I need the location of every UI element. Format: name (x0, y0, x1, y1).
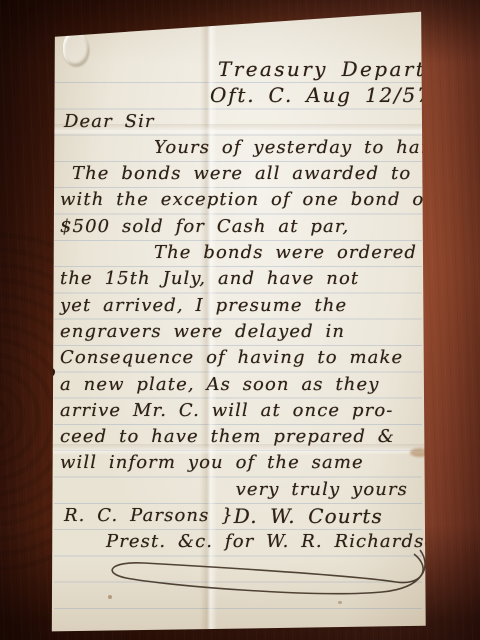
letter-line: yet arrived, I presume the (52, 293, 426, 319)
letter-line: $500 sold for Cash at par, (52, 214, 426, 240)
letter-line: The bonds were ordered on (52, 240, 426, 266)
letter-line: The bonds were all awarded to you (52, 161, 426, 187)
signature-flourish (100, 544, 434, 606)
letter-line: will inform you of the same (52, 450, 426, 476)
letter-line: very truly yours (52, 477, 426, 503)
letter-line: a new plate, As soon as they (52, 372, 426, 398)
letter-line: the 15th July, and have not (52, 266, 426, 292)
signature-name: D. W. Courts (234, 503, 383, 529)
letter-line: arrive Mr. C. will at once pro- (52, 398, 426, 424)
letter-lines: Treasury DepartOft. C. Aug 12/57Dear Sir… (52, 56, 426, 556)
letter-line: Dear Sir (52, 109, 426, 135)
letter-line: Consequence of having to make (52, 345, 426, 371)
letter-line: Treasury Depart (52, 56, 426, 82)
letter-line: with the exception of one bond of (52, 187, 426, 213)
letter-line: R. C. Parsons }D. W. Courts (52, 503, 426, 529)
letter-line: Oft. C. Aug 12/57 (52, 82, 426, 108)
photo-scene: Treasury DepartOft. C. Aug 12/57Dear Sir… (0, 0, 480, 640)
addressee-name: R. C. Parsons } (64, 503, 234, 529)
letter-line: ceed to have them prepared & (52, 424, 426, 450)
letter-line: Yours of yesterday to hand, (52, 135, 426, 161)
letter-paper: Treasury DepartOft. C. Aug 12/57Dear Sir… (48, 8, 428, 632)
letter-line: engravers were delayed in (52, 319, 426, 345)
